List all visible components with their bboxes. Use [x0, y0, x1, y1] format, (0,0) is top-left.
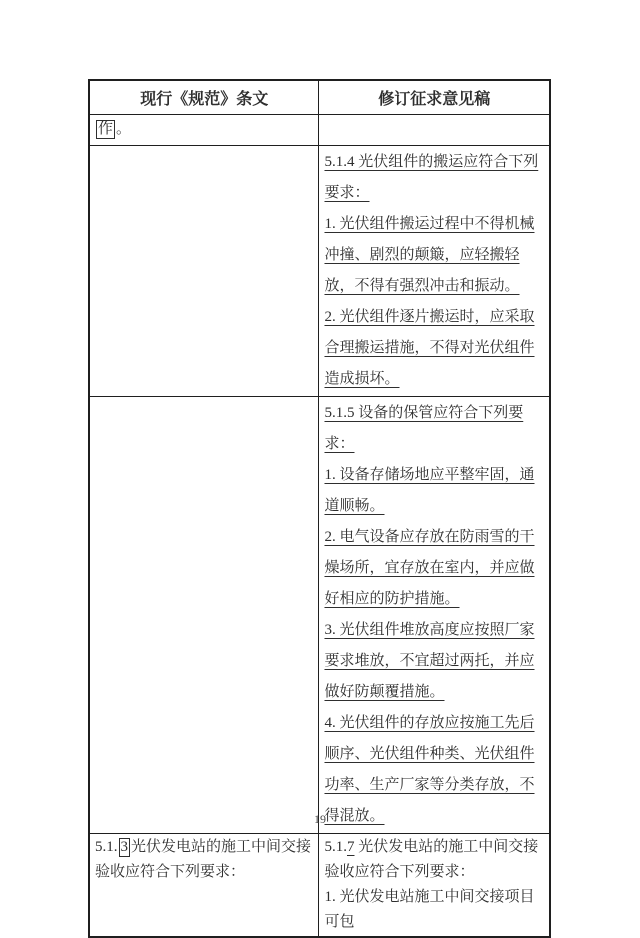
table-row: 作。: [89, 115, 550, 146]
inserted-clause-item: 2. 电气设备应存放在防雨雪的干燥场所，宜存放在室内，并应做好相应的防护措施。: [324, 522, 544, 615]
revision-comparison-table: 现行《规范》条文 修订征求意见稿 作。 5.1.4 光伏组件的搬运应符合下列要求…: [88, 79, 551, 938]
cell-clause-5-1-5: 5.1.5 设备的保管应符合下列要求： 1. 设备存储场地应平整牢固，通道顺畅。…: [319, 397, 550, 834]
inserted-clause-item: 1. 光伏组件搬运过程中不得机械冲撞、剧烈的颠簸，应轻搬轻放，不得有强烈冲击和振…: [324, 209, 544, 302]
inserted-clause-item: 2. 光伏组件逐片搬运时，应采取合理搬运措施，不得对光伏组件造成损坏。: [324, 302, 544, 395]
cell-clause-5-1-7: 5.1.7 光伏发电站的施工中间交接验收应符合下列要求： 1. 光伏发电站施工中…: [319, 834, 550, 938]
clause-number-prefix: 5.1.: [95, 839, 118, 855]
cell-clause-5-1-3: 5.1.3光伏发电站的施工中间交接验收应符合下列要求：: [89, 834, 319, 938]
inserted-clause-title: 5.1.4 光伏组件的搬运应符合下列要求：: [324, 147, 544, 209]
boxed-revision-char: 作: [96, 120, 115, 139]
cell-empty: [319, 115, 550, 146]
clause-text: 光伏发电站的施工中间交接验收应符合下列要求：: [324, 839, 538, 880]
table-row: 5.1.3光伏发电站的施工中间交接验收应符合下列要求： 5.1.7 光伏发电站的…: [89, 834, 550, 938]
clause-number-prefix: 5.1.: [324, 839, 347, 855]
clause-item: 1. 光伏发电站施工中间交接项目可包: [324, 885, 544, 935]
cell-clause-5-1-4: 5.1.4 光伏组件的搬运应符合下列要求： 1. 光伏组件搬运过程中不得机械冲撞…: [319, 146, 550, 397]
revised-clause-title: 5.1.7 光伏发电站的施工中间交接验收应符合下列要求：: [324, 835, 544, 885]
header-current-provisions: 现行《规范》条文: [89, 80, 319, 115]
table-row: 5.1.4 光伏组件的搬运应符合下列要求： 1. 光伏组件搬运过程中不得机械冲撞…: [89, 146, 550, 397]
cell-empty: [89, 397, 319, 834]
inserted-clause-item: 3. 光伏组件堆放高度应按照厂家要求堆放，不宜超过两托，并应做好防颠覆措施。: [324, 615, 544, 708]
cell-empty: [89, 146, 319, 397]
table-header-row: 现行《规范》条文 修订征求意见稿: [89, 80, 550, 115]
carryover-punctuation: 。: [116, 121, 131, 137]
page-number: 19: [0, 812, 640, 827]
cell-carryover-text: 作。: [89, 115, 319, 146]
header-revised-draft: 修订征求意见稿: [319, 80, 550, 115]
table-row: 5.1.5 设备的保管应符合下列要求： 1. 设备存储场地应平整牢固，通道顺畅。…: [89, 397, 550, 834]
inserted-clause-title: 5.1.5 设备的保管应符合下列要求：: [324, 398, 544, 460]
boxed-revision-char: 3: [119, 838, 131, 857]
inserted-clause-item: 1. 设备存储场地应平整牢固，通道顺畅。: [324, 460, 544, 522]
